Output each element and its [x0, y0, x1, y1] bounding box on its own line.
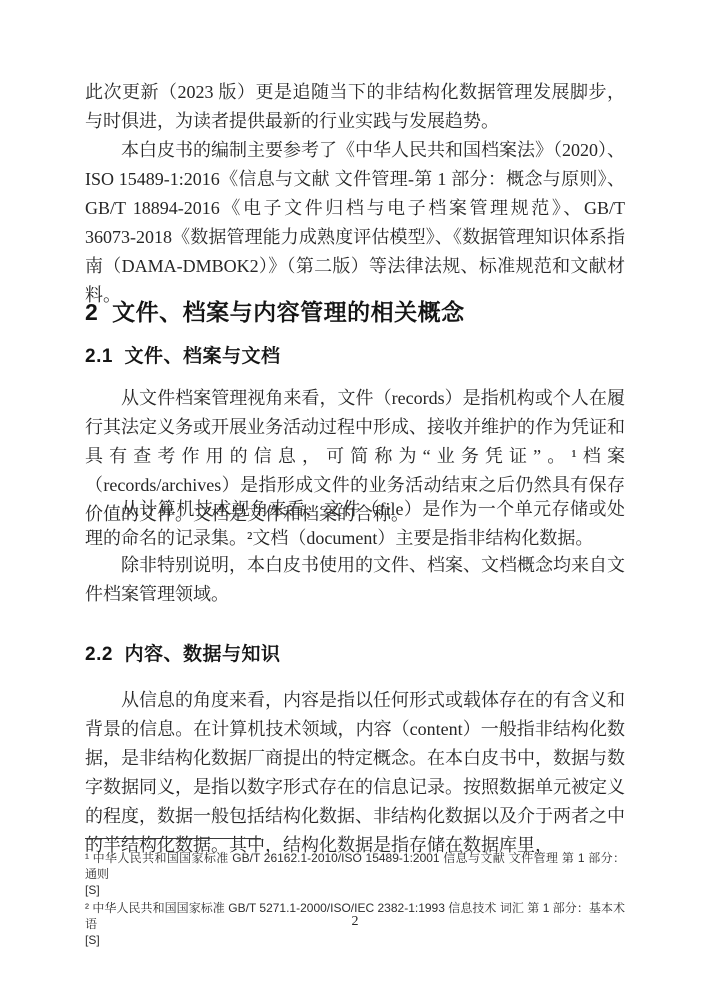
paragraph-scope-note: 除非特别说明，本白皮书使用的文件、档案、文档概念均来自文件档案管理领域。	[85, 551, 625, 609]
heading-section-2: 2 文件、档案与内容管理的相关概念	[85, 297, 625, 327]
heading-section-2-1: 2.1 文件、档案与文档	[85, 344, 625, 370]
footnote-1: ¹ 中华人民共和国国家标准 GB/T 26162.1-2010/ISO 1548…	[85, 850, 625, 898]
footnote-2-source-tag: [S]	[85, 932, 625, 948]
paragraph-update-2023: 此次更新（2023 版）更是追随当下的非结构化数据管理发展脚步，与时俱进，为读者…	[85, 78, 625, 136]
paragraph-content-data-definition: 从信息的角度来看，内容是指以任何形式或载体存在的有含义和背景的信息。在计算机技术…	[85, 686, 625, 860]
footnote-1-source-tag: [S]	[85, 882, 625, 898]
footnote-area: ¹ 中华人民共和国国家标准 GB/T 26162.1-2010/ISO 1548…	[85, 838, 625, 950]
heading-section-2-2: 2.2 内容、数据与知识	[85, 642, 625, 668]
document-page: 此次更新（2023 版）更是追随当下的非结构化数据管理发展脚步，与时俱进，为读者…	[0, 0, 710, 1004]
footnote-separator	[85, 838, 261, 839]
paragraph-references: 本白皮书的编制主要参考了《中华人民共和国档案法》（2020）、ISO 15489…	[85, 136, 625, 310]
page-number: 2	[0, 914, 710, 930]
paragraph-file-definition: 从计算机技术视角来看，文件（file）是作为一个单元存储或处理的命名的记录集。²…	[85, 495, 625, 553]
footnote-1-text: ¹ 中华人民共和国国家标准 GB/T 26162.1-2010/ISO 1548…	[85, 850, 625, 882]
